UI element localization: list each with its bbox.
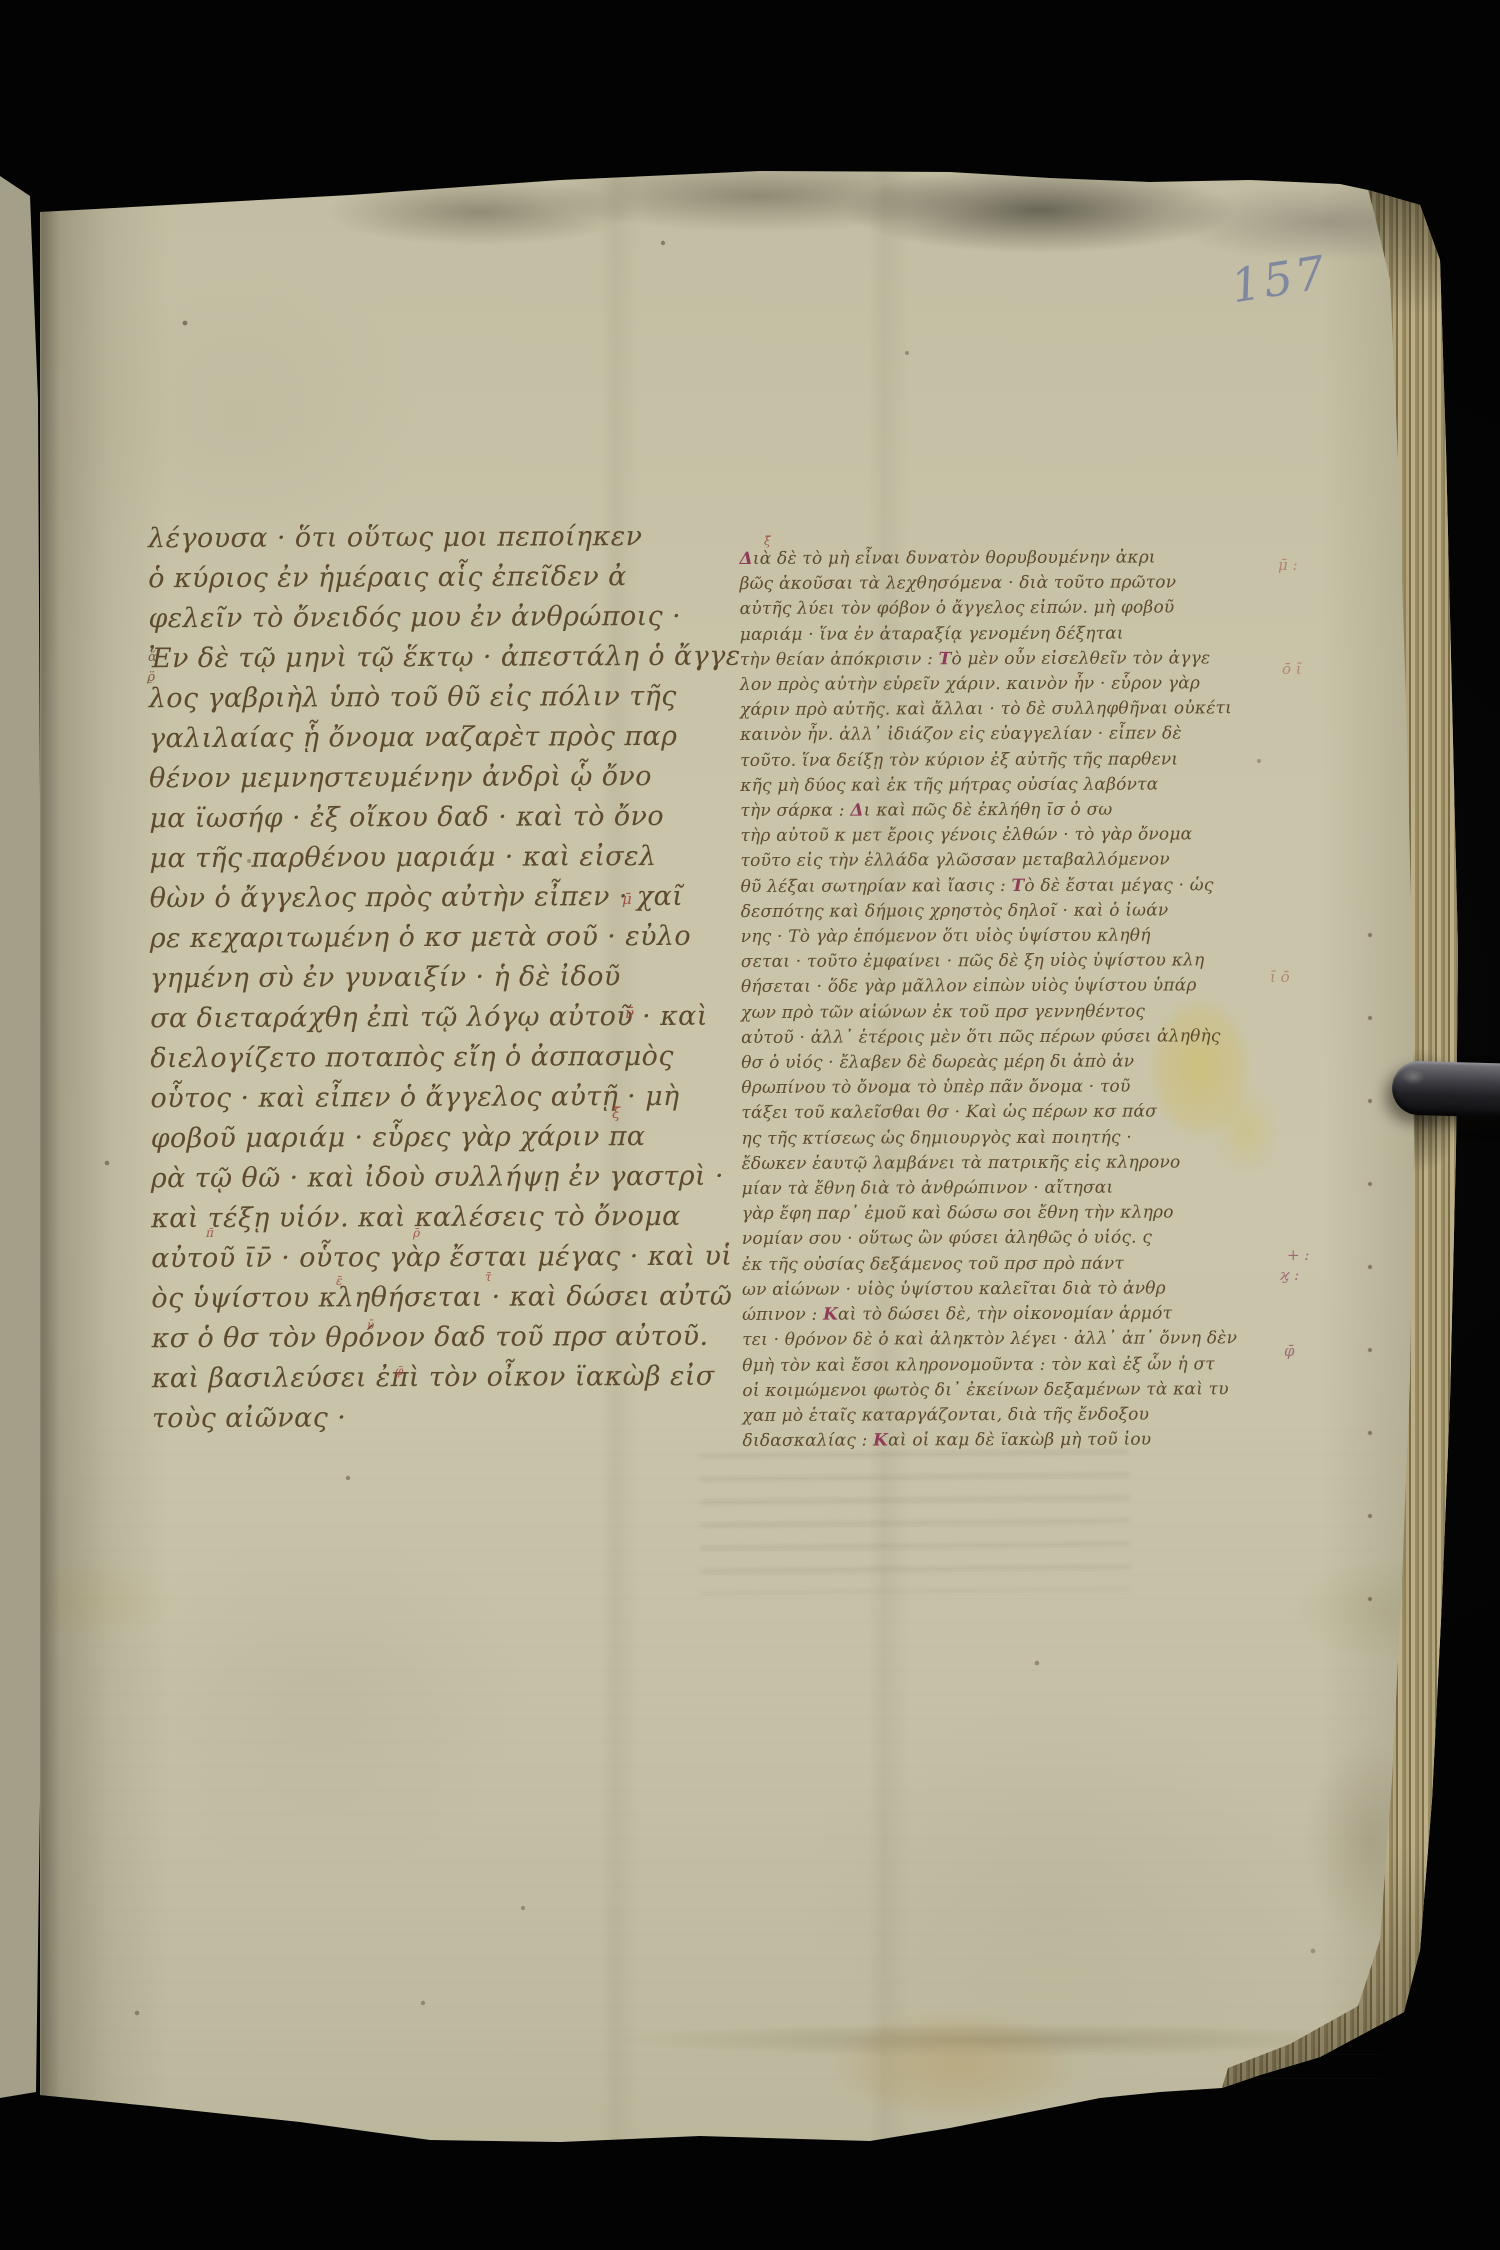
marginal-mark: ρ̄ xyxy=(413,1226,420,1240)
text-line: λον πρὸς αὐτὴν εὑρεῖν χάριν. καινὸν ἦν ·… xyxy=(740,671,1288,698)
text-line: τοὺς αἰῶνας · xyxy=(152,1397,712,1439)
text-line: βῶς ἀκοῦσαι τὰ λεχθησόμενα · διὰ τοῦτο π… xyxy=(740,570,1288,597)
text-line: καὶ βασιλεύσει ἐπὶ τὸν οἶκον ϊακὼβ εἰσ xyxy=(152,1357,712,1399)
text-line: τοῦτο. ἵνα δείξῃ τὸν κύριον ἐξ αὐτῆς τῆς… xyxy=(740,747,1288,774)
text-line: ης τῆς κτίσεως ὡς δημιουργὸς καὶ ποιητής… xyxy=(741,1125,1289,1152)
text-line: χων πρὸ τῶν αἰώνων ἐκ τοῦ πρσ γεννηθέντο… xyxy=(741,999,1289,1026)
text-line: τει · θρόνον δὲ ὁ καὶ ἀληκτὸν λέγει · ἀλ… xyxy=(742,1326,1290,1353)
commentary-text-column: Διὰ δὲ τὸ μὴ εἶναι δυνατὸν θορυβουμένην … xyxy=(739,545,1290,1454)
marginal-mark: ϼ̈ xyxy=(147,670,155,685)
text-line: ρε κεχαριτωμένη ὁ κσ μετὰ σοῦ · εὐλο xyxy=(150,917,710,959)
marginal-mark: ῡ xyxy=(367,1318,374,1332)
text-line: κσ ὁ θσ τὸν θρόνον δαδ τοῦ πρσ αὐτοῦ. xyxy=(151,1317,711,1359)
manuscript-photo: 157 λέγουσα · ὅτι οὕτως μοι πεποίηκενὁ κ… xyxy=(0,0,1500,2250)
text-line: σεται · τοῦτο ἐμφαίνει · πῶς δὲ ξη υἱὸς … xyxy=(741,948,1289,975)
text-line: ὁ κύριος ἐν ἡμέραις αἷς ἐπεῖδεν ἀ xyxy=(148,557,708,599)
gospel-text-column: λέγουσα · ὅτι οὕτως μοι πεποίηκενὁ κύριο… xyxy=(148,517,712,1439)
marginal-mark: ϗ : xyxy=(1280,1266,1299,1284)
text-line: θένον μεμνηστευμένην ἀνδρὶ ᾧ ὄνο xyxy=(149,757,709,799)
verso-show-through xyxy=(699,1450,1130,1594)
marginal-mark: φ̄ xyxy=(395,1364,403,1378)
marginal-mark: ō ῑ xyxy=(1282,660,1302,678)
text-line: χάριν πρὸ αὐτῆς. καὶ ἄλλαι · τὸ δὲ συλλη… xyxy=(740,696,1288,723)
marginal-mark: τ̄ xyxy=(485,1270,492,1284)
text-line: ἐκ τῆς οὐσίας δεξάμενος τοῦ πρσ πρὸ πάντ xyxy=(742,1251,1290,1278)
text-line: Διὰ δὲ τὸ μὴ εἶναι δυνατὸν θορυβουμένην … xyxy=(739,545,1287,572)
text-line: μα τῆς παρθένου μαριάμ · καὶ εἰσελ xyxy=(149,837,709,879)
text-line: τὴρ αὐτοῦ κ μετ ἔροις γένοις ἐλθών · τὸ … xyxy=(740,822,1288,849)
rubric-initial: Κ xyxy=(823,1305,838,1325)
marginal-mark: ξ̄ xyxy=(612,1104,620,1122)
text-line: νης · Τὸ γὰρ ἑπόμενον ὅτι υἱὸς ὑψίστου κ… xyxy=(741,923,1289,950)
text-line: λος γαβριὴλ ὑπὸ τοῦ θῦ εἰς πόλιν τῆς xyxy=(149,677,709,719)
marginal-mark: ξ̄ xyxy=(764,534,771,548)
text-line: αὐτῆς λύει τὸν φόβον ὁ ἄγγελος εἰπών. μὴ… xyxy=(740,595,1288,622)
text-line: διδασκαλίας : Καὶ οἱ καμ δὲ ϊακὼβ μὴ τοῦ… xyxy=(742,1427,1290,1454)
text-line: μίαν τὰ ἔθνη διὰ τὸ ἀνθρώπινον · αἴτησαι xyxy=(742,1175,1290,1202)
text-line: μα ϊωσήφ · ἐξ οἴκου δαδ · καὶ τὸ ὄνο xyxy=(149,797,709,839)
fly-specks xyxy=(0,0,2,2)
text-line: τὴν θείαν ἀπόκρισιν : Τὸ μὲν οὖν εἰσελθε… xyxy=(740,646,1288,673)
text-line: μαριάμ · ἵνα ἐν ἀταραξίᾳ γενομένη δέξητα… xyxy=(740,621,1288,648)
text-line: γὰρ ἔφη παρ᾽ ἐμοῦ καὶ δώσω σοι ἔθνη τὴν … xyxy=(742,1200,1290,1227)
marginal-mark: ἅ xyxy=(148,650,157,665)
text-line: χαπ μὸ ἑταῖς καταργάζονται, διὰ τῆς ἔνδο… xyxy=(742,1402,1290,1429)
text-line: τὴν σάρκα : Δι καὶ πῶς δὲ ἐκλήθη ῑσ ὁ σω xyxy=(740,797,1288,824)
text-line: γημένη σὺ ἐν γυναιξίν · ἡ δὲ ἰδοῦ xyxy=(150,957,710,999)
text-line: καὶ τέξῃ υἱόν. καὶ καλέσεις τὸ ὄνομα xyxy=(151,1197,711,1239)
marginal-mark: μ̄ : xyxy=(1278,556,1298,574)
rubric-initial: Τ xyxy=(939,649,952,669)
text-line: ων αἰώνων · υἱὸς ὑψίστου καλεῖται διὰ τὸ… xyxy=(742,1276,1290,1303)
metal-clasp-strap xyxy=(1391,1060,1500,1117)
text-line: φοβοῦ μαριάμ · εὗρες γὰρ χάριν πα xyxy=(151,1117,711,1159)
text-line: φελεῖν τὸ ὄνειδός μου ἐν ἀνθρώποις · xyxy=(148,597,708,639)
rubric-initial: Δ xyxy=(850,801,863,821)
rubric-initial: Κ xyxy=(873,1431,888,1451)
text-line: κῆς μὴ δύος καὶ ἐκ τῆς μήτρας οὐσίας λαβ… xyxy=(740,772,1288,799)
text-line: δεσπότης καὶ δήμοις χρηστὸς δηλοῖ · καὶ … xyxy=(741,898,1289,925)
text-line: νομίαν σου · οὕτως ὢν φύσει ἀληθῶς ὁ υἱό… xyxy=(742,1226,1290,1253)
rubric-initial: Τ xyxy=(1011,876,1024,896)
text-line: διελογίζετο ποταπὸς εἴη ὁ ἀσπασμὸς xyxy=(150,1037,710,1079)
marginal-mark: ν̄ xyxy=(625,1004,634,1022)
text-line: τοῦτο εἰς τὴν ἑλλάδα γλῶσσαν μεταβαλλόμε… xyxy=(740,847,1288,874)
text-line: θήσεται · ὅδε γὰρ μᾶλλον εἰπὼν υἱὸς ὑψίσ… xyxy=(741,973,1289,1000)
marginal-mark: φ̄ xyxy=(1284,1342,1295,1360)
marginal-mark: ε̄ xyxy=(336,1274,342,1288)
text-line: οἱ κοιμώμενοι φωτὸς δι᾽ ἐκείνων δεξαμένω… xyxy=(742,1377,1290,1404)
text-line: Ἐν δὲ τῷ μηνὶ τῷ ἕκτῳ · ἀπεστάλη ὁ ἄγγε xyxy=(149,637,709,679)
marginal-mark: + : xyxy=(1287,1246,1309,1264)
text-line: ώπινον : Καὶ τὸ δώσει δὲ, τὴν οἰκονομίαν… xyxy=(742,1301,1290,1328)
text-line: θμὴ τὸν καὶ ἔσοι κληρονομοῦντα : τὸν καὶ… xyxy=(742,1352,1290,1379)
text-line: αὐτοῦ · ἀλλ᾽ ἑτέροις μὲν ὅτι πῶς πέρων φ… xyxy=(741,1024,1289,1051)
text-line: θσ ὁ υἱός · ἔλαβεν δὲ δωρεὰς μέρη δι ἀπὸ… xyxy=(741,1049,1289,1076)
text-line: καινὸν ἦν. ἀλλ᾽ ἰδιάζον εἰς εὐαγγελίαν ·… xyxy=(740,721,1288,748)
text-line: θῦ λέξαι σωτηρίαν καὶ ἴασις : Τὸ δὲ ἔστα… xyxy=(741,873,1289,900)
marginal-mark: μ̄ xyxy=(622,890,632,908)
text-line: ὸς ὑψίστου κληθήσεται · καὶ δώσει αὐτῶ xyxy=(151,1277,711,1319)
text-line: θρωπίνου τὸ ὄνομα τὸ ὑπὲρ πᾶν ὄνομα · το… xyxy=(741,1074,1289,1101)
text-line: ἔδωκεν ἑαυτῷ λαμβάνει τὰ πατρικῆς εἰς κλ… xyxy=(742,1150,1290,1177)
text-line: αὐτοῦ ῑν̄ · οὗτος γὰρ ἔσται μέγας · καὶ … xyxy=(151,1237,711,1279)
text-line: οὗτος · καὶ εἶπεν ὁ ἄγγελος αὐτῇ · μὴ xyxy=(150,1077,710,1119)
text-line: ρὰ τῷ θῶ · καὶ ἰδοὺ συλλήψῃ ἐν γαστρὶ · xyxy=(151,1157,711,1199)
text-line: τάξει τοῦ καλεῖσθαι θσ · Καὶ ὡς πέρων κσ… xyxy=(741,1100,1289,1127)
text-line: λέγουσα · ὅτι οὕτως μοι πεποίηκεν xyxy=(148,517,708,559)
prick-holes xyxy=(1366,930,1374,1675)
marginal-mark: π̄ xyxy=(206,1226,214,1240)
rubric-initial: Δ xyxy=(739,549,752,569)
text-line: γαλιλαίας ᾗ ὄνομα ναζαρὲτ πρὸς παρ xyxy=(149,717,709,759)
marginal-mark: ῑ ō xyxy=(1270,968,1290,986)
